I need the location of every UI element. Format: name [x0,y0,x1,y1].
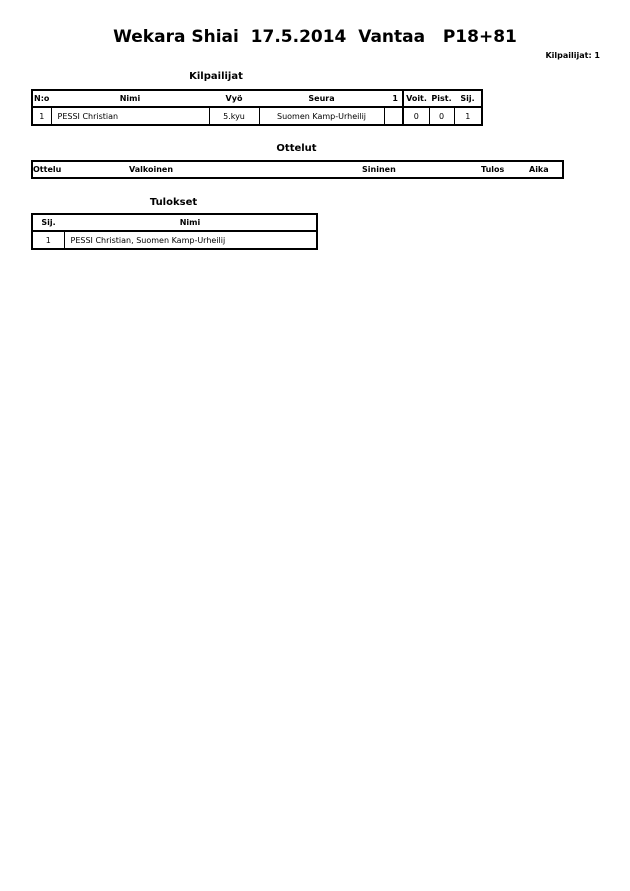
col-header-place: Sij. [32,214,64,231]
col-header-club: Seura [259,90,384,107]
col-header-no: N:o [32,90,51,107]
table-header-row: N:o Nimi Vyö Seura 1 Voit. Pist. Sij. [32,90,482,107]
competitors-table: N:o Nimi Vyö Seura 1 Voit. Pist. Sij. 1 … [31,89,483,126]
col-header-blue: Sininen [302,161,467,178]
matches-section-title: Ottelut [31,143,562,154]
matches-table: Ottelu Valkoinen Sininen Tulos Aika [31,160,564,179]
competitors-section-title: Kilpailijat [31,71,401,82]
cell-no: 1 [32,107,51,125]
col-header-result: Tulos [467,161,517,178]
cell-belt: 5.kyu [209,107,259,125]
col-header-time: Aika [517,161,563,178]
col-header-name: Nimi [64,214,317,231]
table-row: 1 PESSI Christian 5.kyu Suomen Kamp-Urhe… [32,107,482,125]
results-table: Sij. Nimi 1 PESSI Christian, Suomen Kamp… [31,213,318,250]
cell-name: PESSI Christian [51,107,209,125]
cell-points: 0 [429,107,454,125]
cell-name: PESSI Christian, Suomen Kamp-Urheilij [64,231,317,249]
col-header-place: Sij. [454,90,482,107]
col-header-match: Ottelu [32,161,72,178]
results-section-title: Tulokset [31,197,316,208]
page-title: Wekara Shiai 17.5.2014 Vantaa P18+81 [0,27,630,47]
cell-place: 1 [32,231,64,249]
table-row: 1 PESSI Christian, Suomen Kamp-Urheilij [32,231,317,249]
table-header-row: Sij. Nimi [32,214,317,231]
col-header-name: Nimi [51,90,209,107]
cell-match-1 [384,107,403,125]
cell-place: 1 [454,107,482,125]
competitor-count: Kilpailijat: 1 [545,51,600,60]
table-header-row: Ottelu Valkoinen Sininen Tulos Aika [32,161,563,178]
col-header-points: Pist. [429,90,454,107]
cell-wins: 0 [403,107,429,125]
col-header-wins: Voit. [403,90,429,107]
cell-club: Suomen Kamp-Urheilij [259,107,384,125]
col-header-match-1: 1 [384,90,403,107]
col-header-white: Valkoinen [72,161,302,178]
col-header-belt: Vyö [209,90,259,107]
